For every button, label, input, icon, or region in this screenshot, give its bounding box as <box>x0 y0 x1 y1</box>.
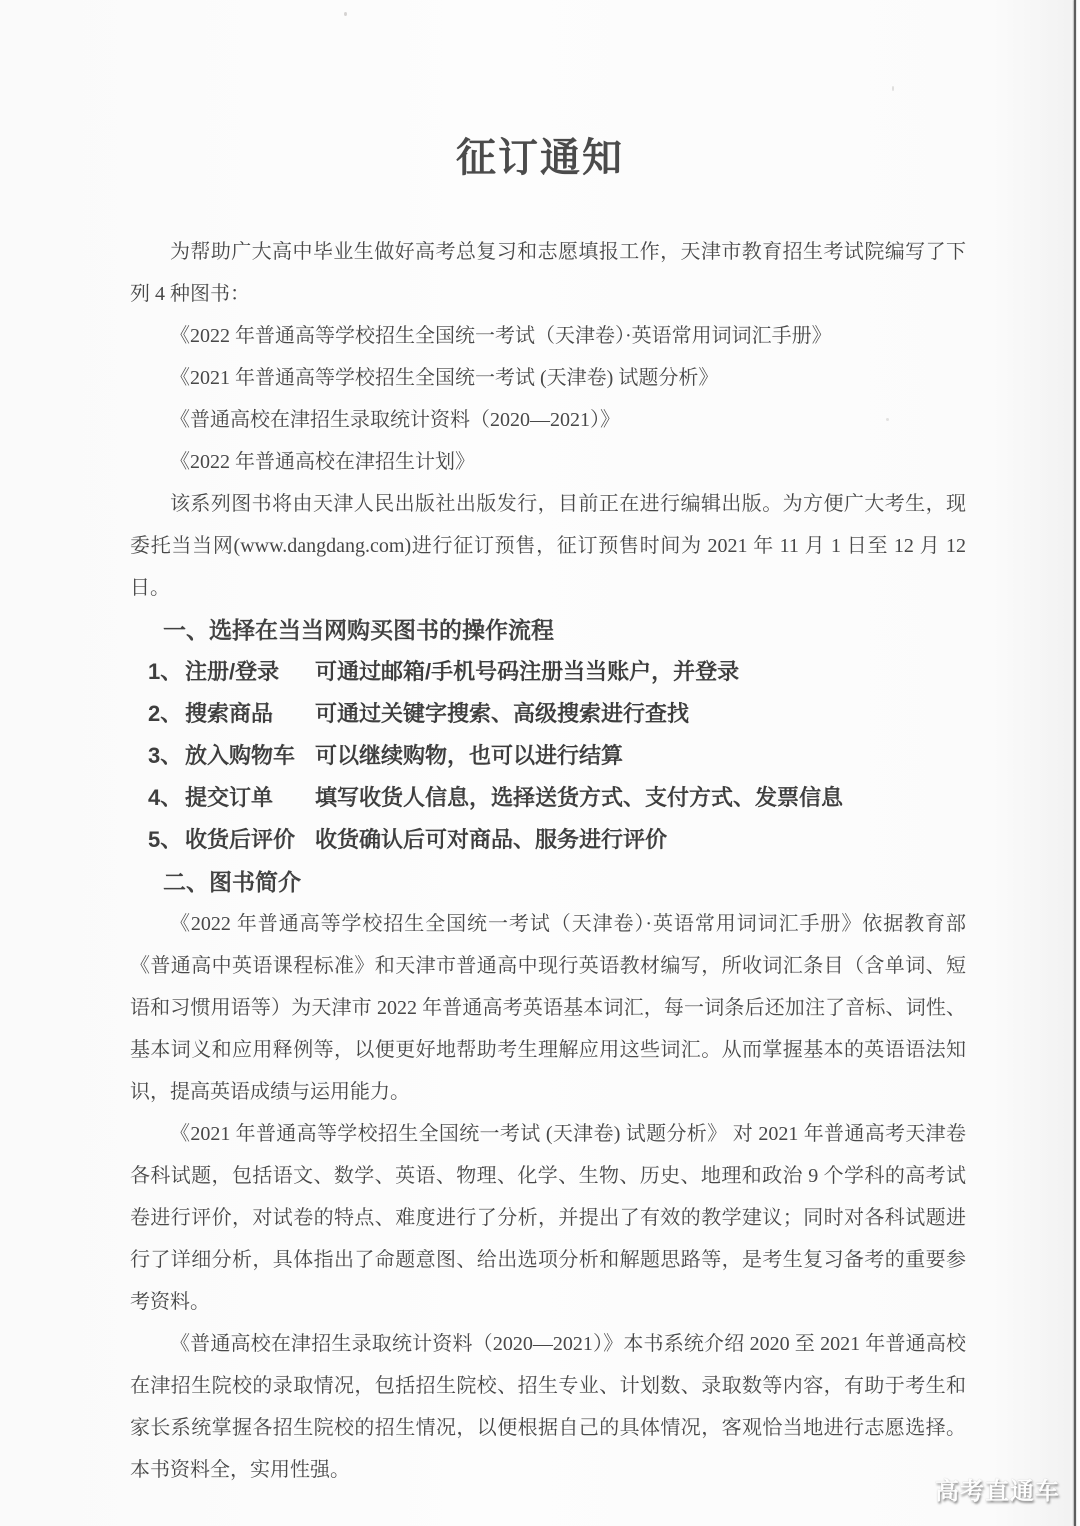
presale-paragraph: 该系列图书将由天津人民出版社出版发行，目前正在进行编辑出版。为方便广大考生，现委… <box>130 483 966 609</box>
step-label: 注册/登录 <box>185 651 315 693</box>
step-row-5: 5、 收货后评价 收货确认后可对商品、服务进行评价 <box>148 819 966 861</box>
step-label: 提交订单 <box>185 777 315 819</box>
step-number: 5、 <box>148 819 185 861</box>
step-number: 3、 <box>148 735 185 777</box>
notice-body: 为帮助广大高中毕业生做好高考总复习和志愿填报工作，天津市教育招生考试院编写了下列… <box>130 231 966 1491</box>
book-intro-paragraph-2: 《2021 年普通高等学校招生全国统一考试 (天津卷) 试题分析》 对 2021… <box>130 1113 966 1323</box>
section2-heading: 二、图书简介 <box>130 861 966 903</box>
book-title-2: 《2021 年普通高等学校招生全国统一考试 (天津卷) 试题分析》 <box>130 357 966 399</box>
scan-speck <box>892 86 894 91</box>
section1-heading: 一、选择在当当网购买图书的操作流程 <box>130 609 966 651</box>
book-intro-paragraph-3: 《普通高校在津招生录取统计资料（2020—2021）》本书系统介绍 2020 至… <box>130 1323 966 1491</box>
step-description: 收货确认后可对商品、服务进行评价 <box>315 819 966 861</box>
step-number: 4、 <box>148 777 185 819</box>
step-label: 放入购物车 <box>185 735 315 777</box>
scan-edge-line <box>1074 0 1076 1526</box>
step-row-2: 2、 搜索商品 可通过关键字搜索、高级搜索进行查找 <box>148 693 966 735</box>
watermark-gaokao-zhitongche: 高考直通车 <box>935 1471 1060 1506</box>
step-row-1: 1、 注册/登录 可通过邮箱/手机号码注册当当账户，并登录 <box>148 651 966 693</box>
step-number: 1、 <box>148 651 185 693</box>
book-title-1: 《2022 年普通高等学校招生全国统一考试（天津卷）·英语常用词词汇手册》 <box>130 315 966 357</box>
step-row-4: 4、 提交订单 填写收货人信息，选择送货方式、支付方式、发票信息 <box>148 777 966 819</box>
scanned-notice-page: 征订通知 为帮助广大高中毕业生做好高考总复习和志愿填报工作，天津市教育招生考试院… <box>0 0 1080 1526</box>
step-description: 填写收货人信息，选择送货方式、支付方式、发票信息 <box>315 777 966 819</box>
step-description: 可通过邮箱/手机号码注册当当账户，并登录 <box>315 651 966 693</box>
book-title-4: 《2022 年普通高校在津招生计划》 <box>130 441 966 483</box>
step-label: 收货后评价 <box>185 819 315 861</box>
step-row-3: 3、 放入购物车 可以继续购物，也可以进行结算 <box>148 735 966 777</box>
step-number: 2、 <box>148 693 185 735</box>
step-label: 搜索商品 <box>185 693 315 735</box>
step-description: 可以继续购物，也可以进行结算 <box>315 735 966 777</box>
book-intro-paragraph-1: 《2022 年普通高等学校招生全国统一考试（天津卷）·英语常用词词汇手册》依据教… <box>130 903 966 1113</box>
scan-speck <box>344 12 347 16</box>
book-title-3: 《普通高校在津招生录取统计资料（2020—2021）》 <box>130 399 966 441</box>
intro-paragraph: 为帮助广大高中毕业生做好高考总复习和志愿填报工作，天津市教育招生考试院编写了下列… <box>130 231 966 315</box>
page-title: 征订通知 <box>0 126 1080 183</box>
step-description: 可通过关键字搜索、高级搜索进行查找 <box>315 693 966 735</box>
